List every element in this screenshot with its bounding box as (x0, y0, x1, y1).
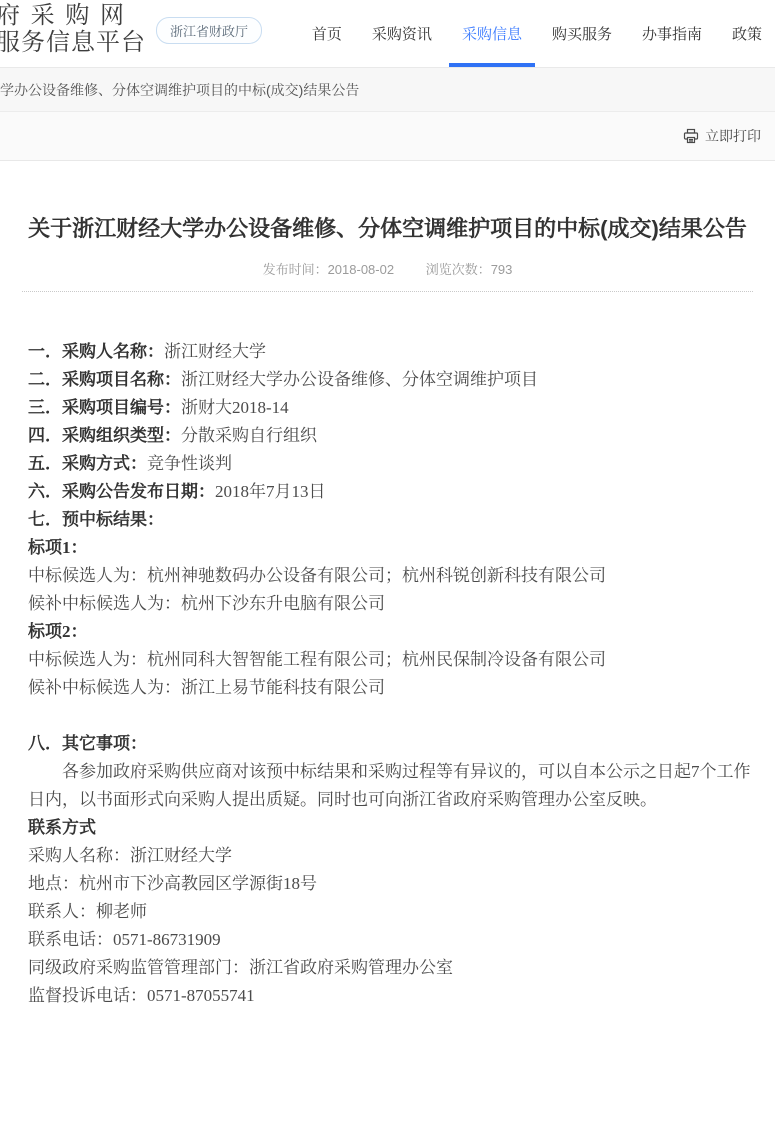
field-announce-date: 六．采购公告发布日期：2018年7月13日 (28, 478, 751, 506)
blank-line (28, 702, 751, 730)
site-header: 府 采 购 网 服务信息平台 浙江省财政厅 首页 采购资讯 采购信息 购买服务 … (0, 0, 775, 68)
print-button-label: 立即打印 (705, 126, 761, 146)
logo-line-1: 府 采 购 网 (0, 2, 146, 29)
field-project-name: 二．采购项目名称：浙江财经大学办公设备维修、分体空调维护项目 (28, 366, 751, 394)
contact-phone: 联系电话：0571-86731909 (28, 926, 751, 954)
nav-item-policy[interactable]: 政策 (719, 0, 775, 67)
dotted-separator (22, 291, 753, 292)
printer-icon (683, 128, 699, 144)
lot-1-alternate: 候补中标候选人为：杭州下沙东升电脑有限公司 (28, 590, 751, 618)
nav-item-guide[interactable]: 办事指南 (629, 0, 715, 67)
main-nav: 首页 采购资讯 采购信息 购买服务 办事指南 政策 (299, 0, 775, 67)
field-purchaser: 一．采购人名称：浙江财经大学 (28, 338, 751, 366)
print-bar: 立即打印 (0, 112, 775, 161)
publish-time: 发布时间：2018-08-02 (263, 262, 395, 277)
nav-item-news[interactable]: 采购资讯 (359, 0, 445, 67)
lot-2-heading: 标项2： (28, 618, 751, 646)
breadcrumb: 学办公设备维修、分体空调维护项目的中标(成交)结果公告 (0, 80, 359, 100)
complaint-phone: 监督投诉电话：0571-87055741 (28, 982, 751, 1010)
page-title: 关于浙江财经大学办公设备维修、分体空调维护项目的中标(成交)结果公告 (28, 213, 748, 244)
lot-2-alternate: 候补中标候选人为：浙江上易节能科技有限公司 (28, 674, 751, 702)
finance-dept-badge: 浙江省财政厅 (156, 17, 262, 44)
announcement-article: 关于浙江财经大学办公设备维修、分体空调维护项目的中标(成交)结果公告 发布时间：… (0, 161, 775, 1010)
site-logo: 府 采 购 网 服务信息平台 (0, 0, 146, 67)
contact-heading: 联系方式 (28, 814, 751, 842)
article-meta: 发布时间：2018-08-02 浏览次数：793 (24, 259, 751, 278)
field-prebid-result: 七．预中标结果： (28, 506, 751, 534)
nav-item-procurement-info[interactable]: 采购信息 (449, 0, 535, 67)
lot-1-heading: 标项1： (28, 534, 751, 562)
nav-item-buy-service[interactable]: 购买服务 (539, 0, 625, 67)
lot-1-candidates: 中标候选人为：杭州神驰数码办公设备有限公司；杭州科锐创新科技有限公司 (28, 562, 751, 590)
supervision-department: 同级政府采购监管管理部门：浙江省政府采购管理办公室 (28, 954, 751, 982)
nav-item-home[interactable]: 首页 (299, 0, 355, 67)
print-button[interactable]: 立即打印 (683, 126, 761, 146)
other-matters-heading: 八．其它事项： (28, 730, 751, 758)
contact-purchaser: 采购人名称：浙江财经大学 (28, 842, 751, 870)
lot-2-candidates: 中标候选人为：杭州同科大智智能工程有限公司；杭州民保制冷设备有限公司 (28, 646, 751, 674)
article-body: 一．采购人名称：浙江财经大学 二．采购项目名称：浙江财经大学办公设备维修、分体空… (24, 338, 751, 1010)
field-project-number: 三．采购项目编号：浙财大2018-14 (28, 394, 751, 422)
contact-address: 地点：杭州市下沙高教园区学源街18号 (28, 870, 751, 898)
view-count: 浏览次数：793 (426, 262, 513, 277)
field-org-type: 四．采购组织类型：分散采购自行组织 (28, 422, 751, 450)
logo-line-2: 服务信息平台 (0, 29, 146, 56)
contact-person: 联系人：柳老师 (28, 898, 751, 926)
field-method: 五．采购方式：竞争性谈判 (28, 450, 751, 478)
other-matters-paragraph: 各参加政府采购供应商对该预中标结果和采购过程等有异议的，可以自本公示之日起7个工… (28, 758, 751, 814)
breadcrumb-bar: 学办公设备维修、分体空调维护项目的中标(成交)结果公告 (0, 68, 775, 112)
